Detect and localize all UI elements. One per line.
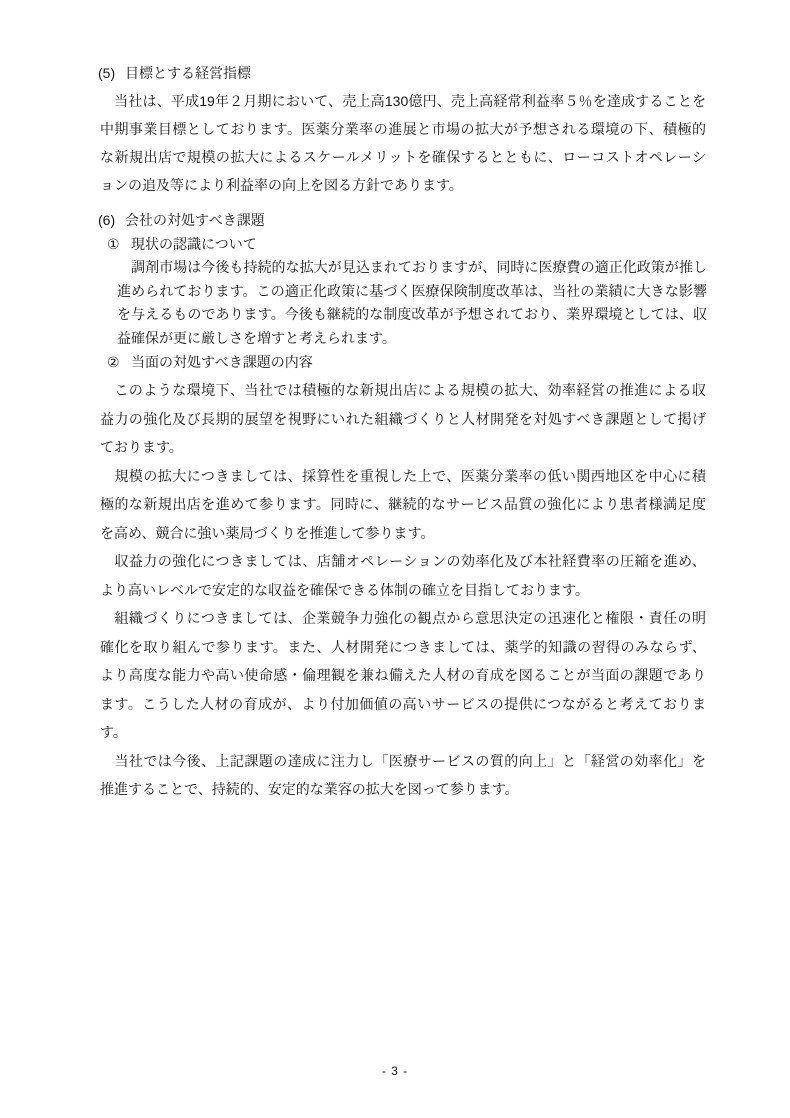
subsection-title: 現状の認識について (131, 236, 257, 252)
text-line: ョンの追及等により利益率の向上を図る方針であります。 (100, 171, 706, 199)
section-label: (5) (98, 59, 125, 87)
paragraph: このような環境下、当社では積極的な新規出店による規模の拡大、効率経営の推進による… (100, 376, 706, 462)
page-number: - 3 - (0, 1064, 790, 1078)
text-line: より高度な能力や高い使命感・倫理観を兼ね備えた人材の育成を図ることが当面の課題で… (100, 661, 706, 690)
text-line: 進められております。この適正化政策に基づく医療保険制度改革は、当社の業績に大きな… (117, 280, 707, 304)
paragraph: 収益力の強化につきましては、店舗オペレーションの効率化及び本社経費率の圧縮を進め… (100, 547, 706, 604)
subsection-label: ② (107, 350, 131, 374)
section-label: (6) (98, 208, 125, 232)
text-line: 益力の強化及び長期的展望を視野にいれた組織づくりと人材開発を対処すべき課題として… (100, 405, 706, 434)
text-line: 当社では今後、上記課題の達成に注力し「医療サービスの質的向上」と「経営の効率化」… (100, 747, 706, 776)
paragraph: 調剤市場は今後も持続的な拡大が見込まれておりますが、同時に医療費の適正化政策が推… (117, 256, 707, 350)
text-line: 調剤市場は今後も持続的な拡大が見込まれておりますが、同時に医療費の適正化政策が推… (117, 256, 707, 280)
text-line: を高め、競合に強い薬局づくりを推進して参ります。 (100, 519, 706, 548)
section-title: 目標とする経営指標 (125, 65, 251, 81)
paragraph: 規模の拡大につきましては、採算性を重視した上で、医薬分業率の低い関西地区を中心に… (100, 462, 706, 548)
text-line: 組織づくりにつきましては、企業競争力強化の観点から意思決定の迅速化と権限・責任の… (100, 604, 706, 633)
text-line: な新規出店で規模の拡大によるスケールメリットを確保するとともに、ローコストオペレ… (100, 143, 706, 171)
text-line: 益確保が更に厳しさを増すと考えられます。 (117, 327, 707, 351)
subsection-label: ① (107, 232, 131, 256)
subsection-heading: ②当面の対処すべき課題の内容 (107, 350, 707, 374)
section-heading: (5)目標とする経営指標 (98, 59, 707, 87)
text-line: 当社は、平成19年２月期において、売上高130億円、売上高経常利益率５％を達成す… (100, 87, 706, 115)
text-line: す。 (100, 718, 706, 747)
section-heading: (6)会社の対処すべき課題 (98, 208, 707, 232)
text-line: 収益力の強化につきましては、店舗オペレーションの効率化及び本社経費率の圧縮を進め… (100, 547, 706, 576)
section-5: (5)目標とする経営指標 当社は、平成19年２月期において、売上高130億円、売… (98, 59, 707, 199)
document-page: (5)目標とする経営指標 当社は、平成19年２月期において、売上高130億円、売… (0, 0, 790, 1118)
paragraph: 当社は、平成19年２月期において、売上高130億円、売上高経常利益率５％を達成す… (100, 87, 706, 199)
text-line: を与えるものであります。今後も継続的な制度改革が予想されており、業界環境としては… (117, 303, 707, 327)
text-line: ます。こうした人材の育成が、より付加価値の高いサービスの提供につながると考えてお… (100, 690, 706, 719)
text-line: 確化を取り組んで参ります。また、人材開発につきましては、薬学的知識の習得のみなら… (100, 633, 706, 662)
text-line: ております。 (100, 433, 706, 462)
section-6: (6)会社の対処すべき課題①現状の認識について 調剤市場は今後も持続的な拡大が見… (98, 208, 707, 804)
text-line: 推進することで、持続的、安定的な業容の拡大を図って参ります。 (100, 775, 706, 804)
subsection-heading: ①現状の認識について (107, 232, 707, 256)
text-line: このような環境下、当社では積極的な新規出店による規模の拡大、効率経営の推進による… (100, 376, 706, 405)
paragraph: 組織づくりにつきましては、企業競争力強化の観点から意思決定の迅速化と権限・責任の… (100, 604, 706, 747)
paragraph: 当社では今後、上記課題の達成に注力し「医療サービスの質的向上」と「経営の効率化」… (100, 747, 706, 804)
text-line: 規模の拡大につきましては、採算性を重視した上で、医薬分業率の低い関西地区を中心に… (100, 462, 706, 491)
text-line: より高いレベルで安定的な収益を確保できる体制の確立を目指しております。 (100, 576, 706, 605)
subsection-title: 当面の対処すべき課題の内容 (131, 354, 313, 370)
text-line: 中期事業目標としております。医薬分業率の進展と市場の拡大が予想される環境の下、積… (100, 115, 706, 143)
section-title: 会社の対処すべき課題 (125, 212, 265, 228)
document-body: (5)目標とする経営指標 当社は、平成19年２月期において、売上高130億円、売… (98, 59, 707, 804)
text-line: 極的な新規出店を進めて参ります。同時に、継続的なサービス品質の強化により患者様満… (100, 490, 706, 519)
